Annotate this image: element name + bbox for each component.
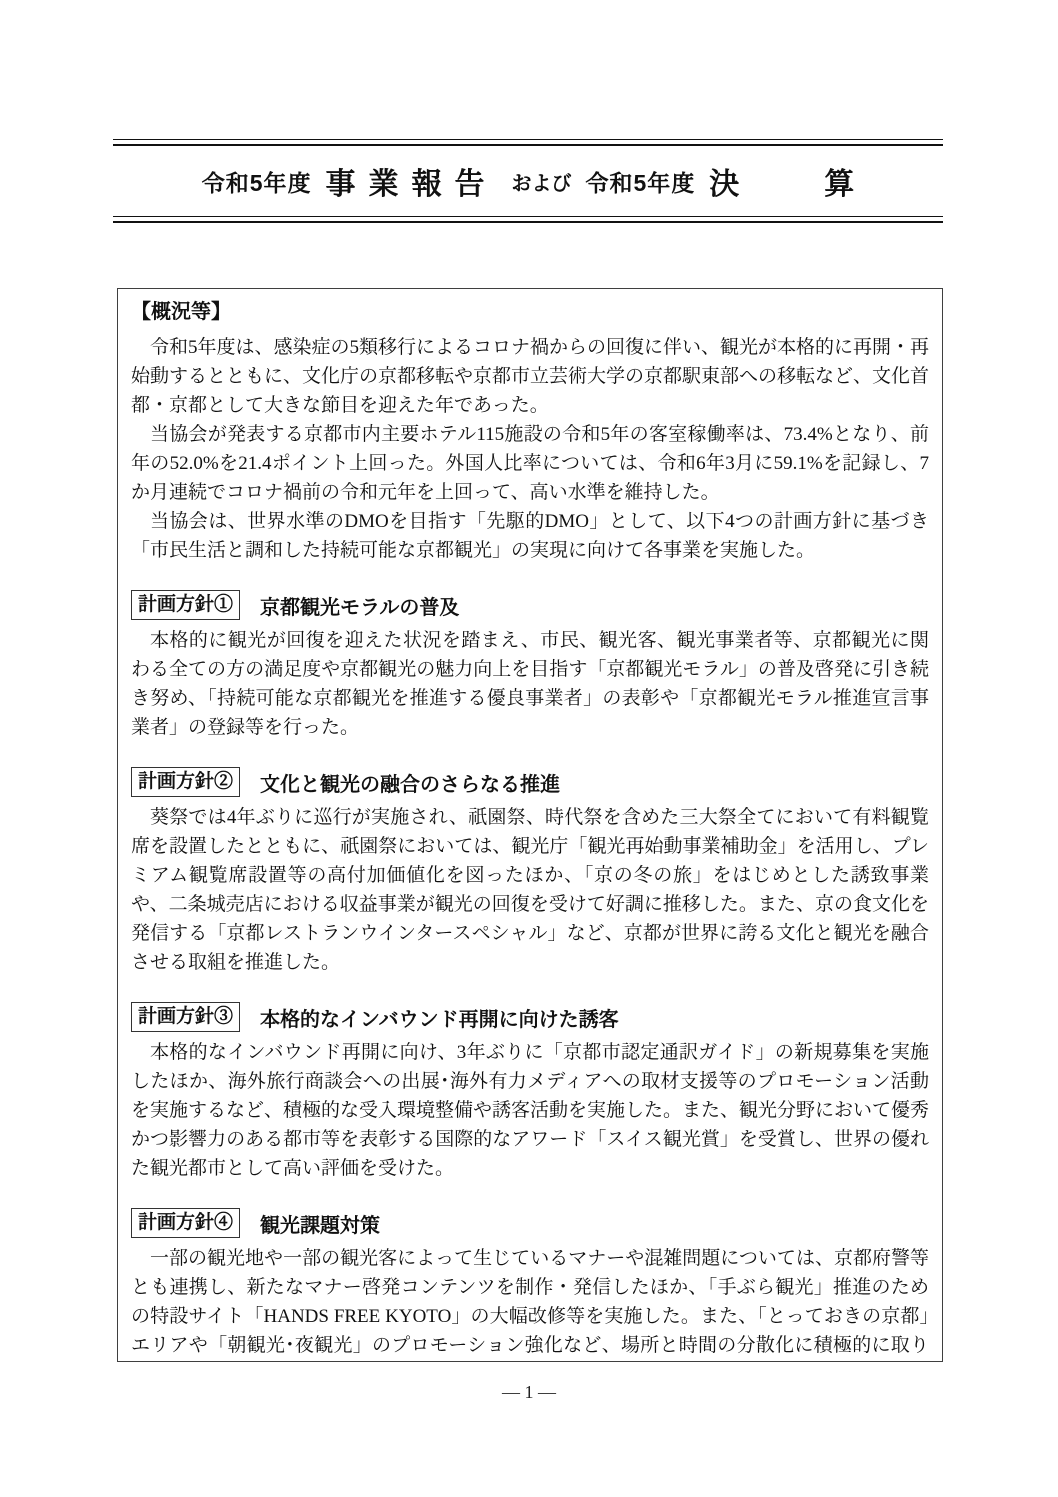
policy-section-3-header: 計画方針③ 本格的なインバウンド再開に向けた誘客 [131,1002,929,1032]
policy-paragraph-4: 一部の観光地や一部の観光客によって生じているマナーや混雑問題については、京都府警… [131,1244,929,1362]
title-era-2: 令和5年度 [586,165,696,198]
policy-section-2: 計画方針② 文化と観光の融合のさらなる推進 葵祭では4年ぶりに巡行が実施され、祇… [131,767,929,977]
policy-section-2-header: 計画方針② 文化と観光の融合のさらなる推進 [131,767,929,797]
page-number: ― 1 ― [502,1382,556,1402]
overview-paragraph-2: 当協会が発表する京都市内主要ホテル115施設の令和5年の客室稼働率は、73.4%… [131,420,929,507]
policy-title-3: 本格的なインバウンド再開に向けた誘客 [260,1003,619,1032]
overview-heading: 【概況等】 [131,299,929,325]
policy-paragraph-2: 葵祭では4年ぶりに巡行が実施され、祇園祭、時代祭を含めた三大祭全てにおいて有料観… [131,803,929,977]
policy-section-4: 計画方針④ 観光課題対策 一部の観光地や一部の観光客によって生じているマナーや混… [131,1208,929,1362]
policy-badge-1: 計画方針① [131,590,240,620]
title-main-2-right: 算 [824,159,854,203]
title-top-rule [113,139,943,146]
title-band: 令和5年度 事業報告 および 令和5年度 決算 [113,139,943,223]
policy-paragraph-1: 本格的に観光が回復を迎えた状況を踏まえ、市民、観光客、観光事業者等、京都観光に関… [131,626,929,742]
policy-title-2: 文化と観光の融合のさらなる推進 [260,768,560,797]
title-bottom-rule [113,216,943,223]
title-main-2: 決算 [709,159,854,203]
policy-section-1-header: 計画方針① 京都観光モラルの普及 [131,590,929,620]
policy-title-1: 京都観光モラルの普及 [260,591,459,620]
overview-paragraph-1: 令和5年度は、感染症の5類移行によるコロナ禍からの回復に伴い、観光が本格的に再開… [131,333,929,420]
policy-badge-3: 計画方針③ [131,1002,240,1032]
policy-title-4: 観光課題対策 [260,1209,380,1238]
document-title: 令和5年度 事業報告 および 令和5年度 決算 [113,146,943,216]
policy-section-4-header: 計画方針④ 観光課題対策 [131,1208,929,1238]
title-main-2-left: 決 [709,159,739,203]
policy-badge-4: 計画方針④ [131,1208,240,1238]
title-era-1: 令和5年度 [202,165,312,198]
policy-section-1: 計画方針① 京都観光モラルの普及 本格的に観光が回復を迎えた状況を踏まえ、市民、… [131,590,929,742]
policy-paragraph-3: 本格的なインバウンド再開に向け、3年ぶりに「京都市認定通訳ガイド」の新規募集を実… [131,1038,929,1183]
policy-badge-2: 計画方針② [131,767,240,797]
title-main-1: 事業報告 [326,159,498,203]
policy-section-3: 計画方針③ 本格的なインバウンド再開に向けた誘客 本格的なインバウンド再開に向け… [131,1002,929,1183]
summary-box: 【概況等】 令和5年度は、感染症の5類移行によるコロナ禍からの回復に伴い、観光が… [117,288,943,1362]
overview-paragraph-3: 当協会は、世界水準のDMOを目指す「先駆的DMO」として、以下4つの計画方針に基… [131,507,929,565]
page-footer: ― 1 ― [0,1382,1058,1403]
title-connector: および [512,167,572,196]
